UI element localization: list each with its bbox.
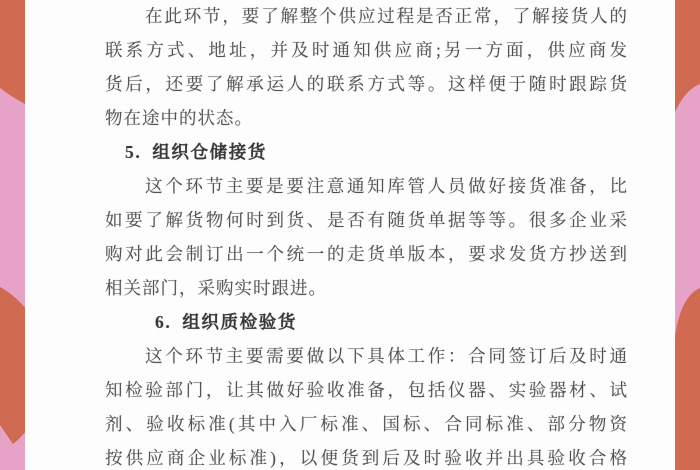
- right-border-decoration: [675, 0, 700, 470]
- heading-number: 6.: [155, 312, 171, 332]
- text-line: 知检验部门，让其做好验收准备，包括仪器、实验器材、试: [105, 373, 628, 407]
- text-line: 这个环节主要是要注意通知库管人员做好接货准备，比: [105, 169, 628, 203]
- left-top-orange-shape: [0, 0, 25, 104]
- text-line: 这个环节主要需要做以下具体工作：合同签订后及时通: [105, 339, 628, 373]
- text-line: 货后，还要了解承运人的联系方式等。这样便于随时跟踪货: [105, 67, 628, 101]
- heading-title: 组织仓储接货: [152, 142, 267, 162]
- text-line: 剂、验收标准(其中入厂标准、国标、合同标准、部分物资: [105, 407, 628, 441]
- section-heading-5: 5.组织仓储接货: [125, 135, 628, 169]
- scanned-page: 在此环节，要了解整个供应过程是否正常，了解接货人的 联系方式、地址，并及时通知供…: [0, 0, 700, 470]
- text-line: 如要了解货物何时到货、是否有随货单据等等。很多企业采: [105, 203, 628, 237]
- text-line: 相关部门，采购实时跟进。: [105, 271, 628, 305]
- heading-title: 组织质检验货: [182, 312, 297, 332]
- text-line: 按供应商企业标准)，以便货到后及时验收并出具验收合格: [105, 441, 628, 470]
- text-line: 购对此会制订出一个统一的走货单版本，要求发货方抄送到: [105, 237, 628, 271]
- section-heading-6: 6.组织质检验货: [155, 305, 628, 339]
- text-line: 在此环节，要了解整个供应过程是否正常，了解接货人的: [105, 0, 628, 33]
- page-text: 在此环节，要了解整个供应过程是否正常，了解接货人的 联系方式、地址，并及时通知供…: [105, 0, 628, 470]
- heading-number: 5.: [125, 142, 141, 162]
- left-border-decoration: [0, 0, 25, 470]
- text-line: 物在途中的状态。: [105, 101, 628, 135]
- text-line: 联系方式、地址，并及时通知供应商;另一方面，供应商发: [105, 33, 628, 67]
